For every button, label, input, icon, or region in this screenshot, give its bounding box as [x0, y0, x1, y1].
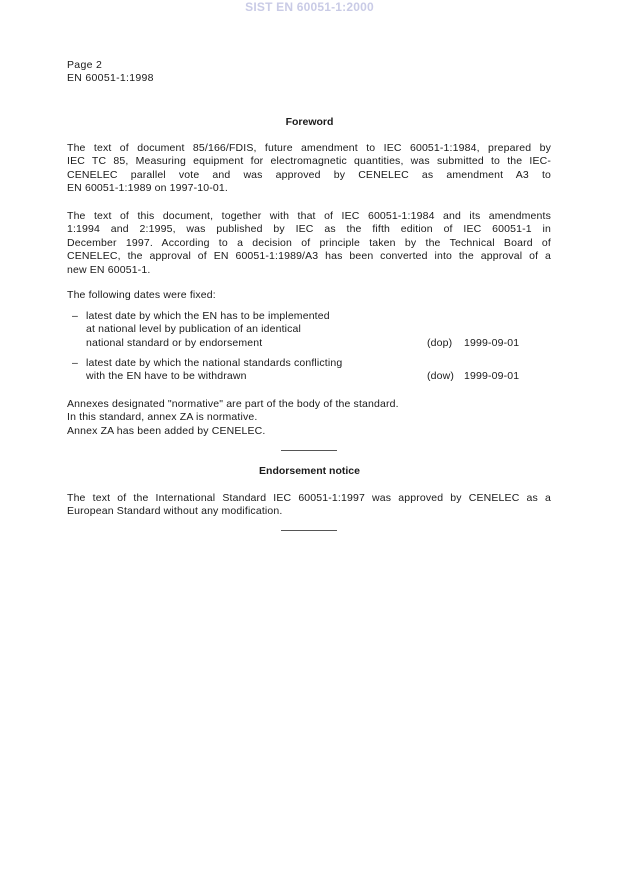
- section-divider: [281, 450, 337, 451]
- text-line: EN 60051-1:1989 on 1997-10-01.: [67, 182, 551, 195]
- date-value: 1999-09-01: [464, 370, 519, 383]
- date-code: (dow): [427, 370, 454, 383]
- text-line: latest date by which the national standa…: [86, 357, 532, 370]
- document-id: EN 60051-1:1998: [67, 72, 154, 85]
- date-item-dop: – latest date by which the EN has to be …: [72, 310, 532, 350]
- text-line: In this standard, annex ZA is normative.: [67, 411, 399, 424]
- text-line: The text of this document, together with…: [67, 210, 551, 223]
- text-line: The text of the International Standard I…: [67, 492, 551, 505]
- foreword-paragraph-2: The text of this document, together with…: [67, 210, 551, 277]
- date-item-dow: – latest date by which the national stan…: [72, 357, 532, 384]
- watermark: SIST EN 60051-1:2000: [0, 0, 619, 14]
- foreword-paragraph-1: The text of document 85/166/FDIS, future…: [67, 142, 551, 196]
- endorsement-paragraph: The text of the International Standard I…: [67, 492, 551, 519]
- page-number: Page 2: [67, 59, 154, 72]
- text-line: latest date by which the EN has to be im…: [86, 310, 532, 323]
- list-dash: –: [72, 357, 78, 370]
- annex-notes: Annexes designated "normative" are part …: [67, 398, 399, 438]
- text-line: European Standard without any modificati…: [67, 505, 551, 518]
- text-line: CENELEC parallel vote and was approved b…: [67, 169, 551, 182]
- endorsement-title: Endorsement notice: [0, 465, 619, 478]
- text-line: Annexes designated "normative" are part …: [67, 398, 399, 411]
- text-line: new EN 60051-1.: [67, 264, 551, 277]
- text-line: at national level by publication of an i…: [86, 323, 532, 336]
- date-value: 1999-09-01: [464, 337, 519, 350]
- text-line: Annex ZA has been added by CENELEC.: [67, 425, 399, 438]
- text-line: The text of document 85/166/FDIS, future…: [67, 142, 551, 155]
- foreword-title: Foreword: [0, 116, 619, 129]
- list-dash: –: [72, 310, 78, 323]
- text-line: IEC TC 85, Measuring equipment for elect…: [67, 155, 551, 168]
- text-line: CENELEC, the approval of EN 60051-1:1989…: [67, 250, 551, 263]
- text-line: The following dates were fixed:: [67, 289, 216, 302]
- text-line: 1:1994 and 2:1995, was published by IEC …: [67, 223, 551, 236]
- dates-intro: The following dates were fixed:: [67, 289, 216, 302]
- text-line: December 1997. According to a decision o…: [67, 237, 551, 250]
- page-header: Page 2 EN 60051-1:1998: [67, 59, 154, 85]
- section-divider: [281, 530, 337, 531]
- date-code: (dop): [427, 337, 452, 350]
